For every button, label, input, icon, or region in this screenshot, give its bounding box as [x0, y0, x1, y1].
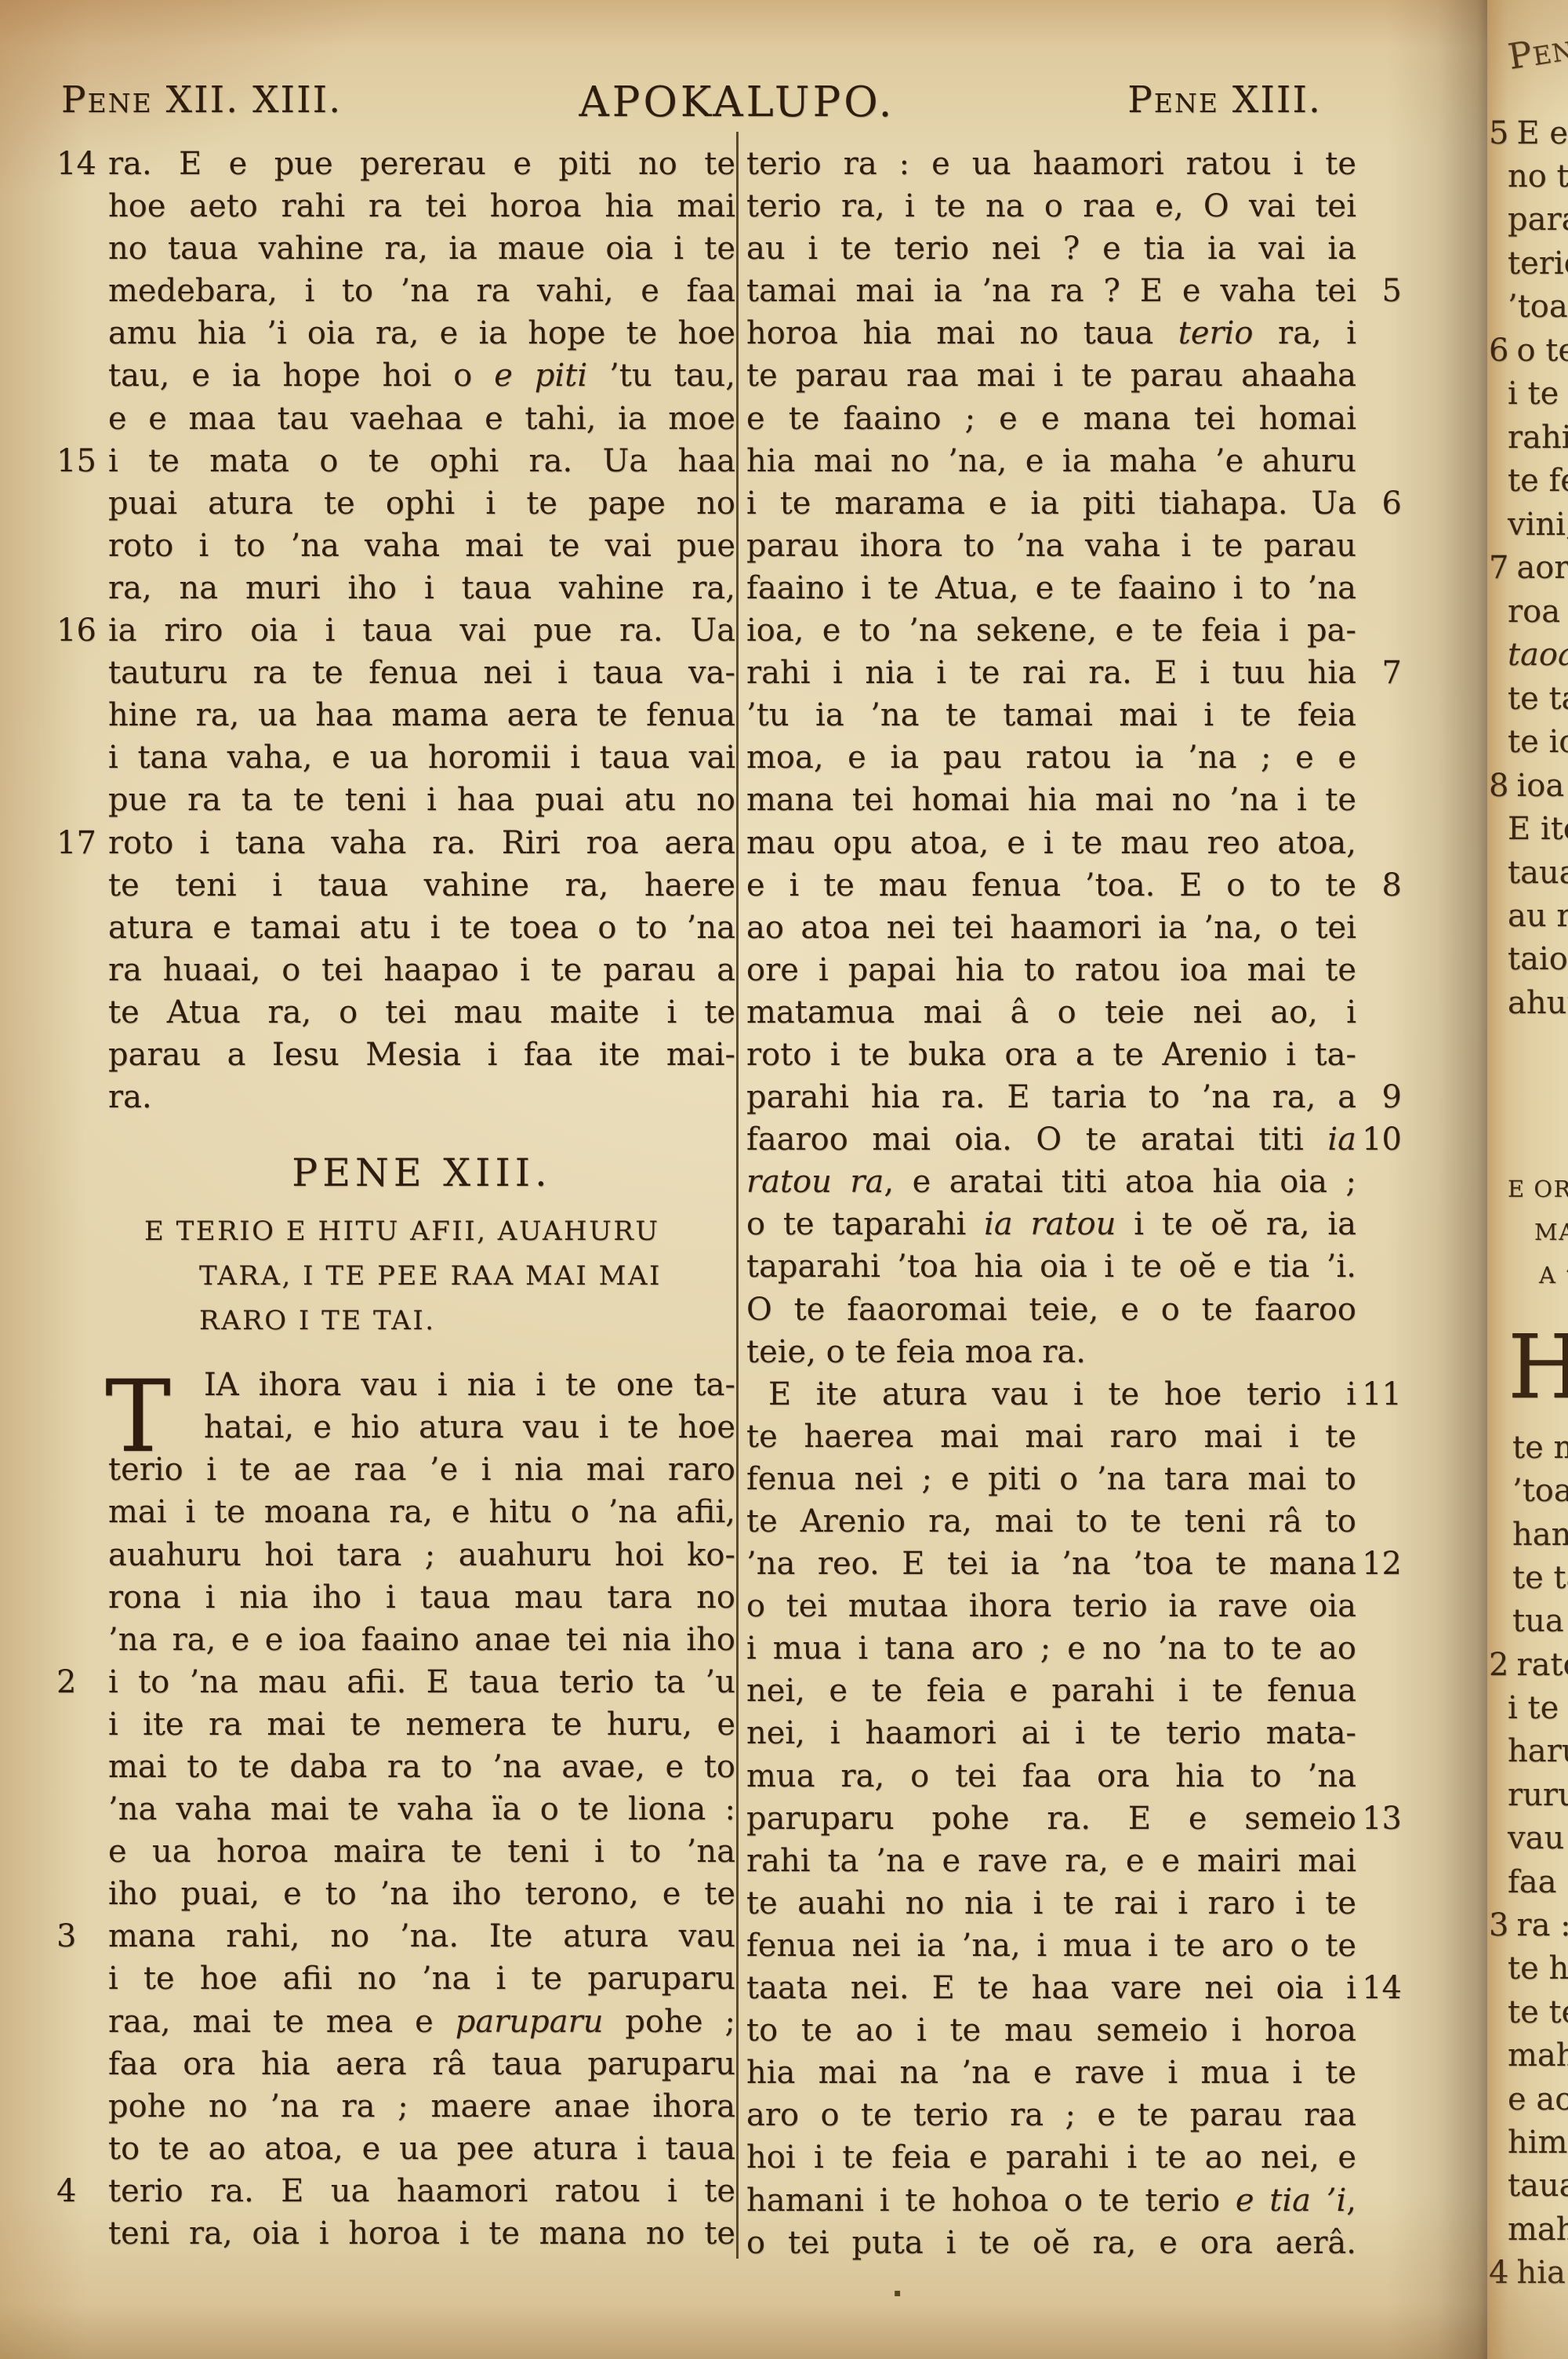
- text-line: i tana vaha, e ua horomii i taua vai: [108, 736, 735, 779]
- text-line: parau a Iesu Mesia i faa ite mai-: [108, 1034, 735, 1076]
- text-line: mana rahi, no ’na. Ite atura vau3: [108, 1915, 735, 1957]
- text-line: pue ra ta te teni i haa puai atu no: [108, 779, 735, 821]
- text-line: faaino i te Atua, e te faaino i to ’na: [746, 567, 1356, 609]
- text-line: tauturu ra te fenua nei i taua va-: [108, 652, 735, 694]
- next-page-text-fragment: i te t: [1508, 378, 1568, 409]
- text-line: te Atua ra, o tei mau maite i te: [108, 991, 735, 1034]
- text-line: ra, na muri iho i taua vahine ra,: [108, 567, 735, 609]
- text-line: roto i tana vaha ra. Riri roa aera17: [108, 822, 735, 864]
- chapter13-text: T IA ihora vau i nia i te one ta-hatai, …: [108, 1364, 735, 2255]
- verse-number: 15: [56, 440, 96, 482]
- next-page-sliver: Pene X5E eno taparaterio’toa6o tei te tr…: [1487, 0, 1568, 2359]
- text-line: ra.: [108, 1076, 735, 1118]
- text-line: hoe aeto rahi ra tei horoa hia mai: [108, 185, 735, 227]
- verse-number: 5: [1489, 115, 1508, 151]
- text-line: mua ra, o tei faa ora hia to ’na: [746, 1755, 1356, 1797]
- text-line: auahuru hoi tara ; auahuru hoi ko-: [108, 1534, 735, 1576]
- text-line: te parau raa mai i te parau ahaaha: [746, 354, 1356, 397]
- next-page-text-fragment: e aor: [1508, 2084, 1568, 2115]
- text-line: parahi hia ra. E taria to ’na ra, a9: [746, 1076, 1356, 1118]
- chapter-heading: PENE XIII.: [108, 1148, 735, 1198]
- text-line: rahi ta ’na e rave ra, e e mairi mai: [746, 1840, 1356, 1882]
- text-line: i te marama e ia piti tiahapa. Ua6: [746, 482, 1356, 525]
- text-line: puai atura te ophi i te pape no: [108, 482, 735, 525]
- verse-number: 14: [56, 143, 96, 185]
- next-page-text-fragment: harur: [1508, 1736, 1568, 1767]
- verse-number: 16: [56, 609, 96, 652]
- text-line: moa, e ia pau ratou ia ’na ; e e: [746, 736, 1356, 779]
- text-line: ore i papai hia to ratou ioa mai te: [746, 949, 1356, 991]
- text-line: medebara, i to ’na ra vahi, e faa: [108, 270, 735, 312]
- left-column: ra. E e pue pererau e piti no te14hoe ae…: [108, 143, 735, 2255]
- verse-number: 17: [56, 822, 96, 864]
- next-page-text-fragment: 3ra : E: [1489, 1910, 1568, 1941]
- text-line: atura e tamai atu i te toea o to ’na: [108, 907, 735, 949]
- text-line: faa ora hia aera râ taua paruparu: [108, 2043, 735, 2085]
- printers-mark: ▪: [894, 2287, 902, 2299]
- text-line: fenua nei ; e piti o ’na tara mai to: [746, 1458, 1356, 1500]
- text-line: O te faaoromai teie, e o te faaroo: [746, 1289, 1356, 1331]
- next-page-text-fragment: vau i: [1508, 1823, 1568, 1854]
- text-line: terio ra. E ua haamori ratou i te4: [108, 2170, 735, 2212]
- text-line: ’na reo. E tei ia ’na ’toa te mana12: [746, 1543, 1356, 1585]
- next-page-text-fragment: i te h: [1508, 1692, 1568, 1724]
- text-line: ratou ra, e aratai titi atoa hia oia ;: [746, 1161, 1356, 1203]
- next-page-text-fragment: tua i: [1512, 1605, 1568, 1637]
- verse-number: 7: [1489, 550, 1508, 586]
- text-line: taata nei. E te haa vare nei oia i14: [746, 1967, 1356, 2009]
- text-line: te haerea mai mai raro mai i te: [746, 1416, 1356, 1458]
- text-line: o tei puta i te oĕ ra, e ora aerâ.: [746, 2222, 1356, 2264]
- next-page-text-fragment: te hi: [1508, 1953, 1568, 1984]
- next-page-text-fragment: roa te: [1508, 596, 1568, 627]
- text-line: matamua mai â o teie nei ao, i: [746, 991, 1356, 1034]
- text-line: i te hoe afii no ’na i te paruparu: [108, 1957, 735, 2000]
- text-line: ’na ra, e e ioa faaino anae tei nia iho: [108, 1619, 735, 1661]
- text-line: roto i to ’na vaha mai te vai pue: [108, 525, 735, 567]
- next-page-text-fragment: te ioa: [1508, 726, 1568, 758]
- chapter12-text: ra. E e pue pererau e piti no te14hoe ae…: [108, 143, 735, 1118]
- next-page-text-fragment: 4hia r: [1489, 2257, 1568, 2288]
- text-line: hia mai no ’na, e ia maha ’e ahuru: [746, 440, 1356, 482]
- subtitle-line: RARO I TE TAI.: [108, 1299, 735, 1343]
- verse-number: 4: [1489, 2255, 1508, 2291]
- next-page-text-fragment: ’toa: [1508, 291, 1568, 322]
- next-page-text-fragment: ahuru: [1508, 987, 1568, 1019]
- next-page-text-fragment: vini,: [1508, 509, 1568, 540]
- text-line: hamani i te hohoa o te terio e tia ’i,: [746, 2179, 1356, 2222]
- chapter-subtitle: E TERIO E HITU AFII, AUAHURU TARA, I TE …: [108, 1209, 735, 1343]
- next-page-text-fragment: H: [1508, 1324, 1568, 1412]
- next-page-text-fragment: 7aore: [1489, 552, 1568, 583]
- text-line: roto i te buka ora a te Arenio i ta-: [746, 1034, 1356, 1076]
- text-line: te auahi no nia i te rai i raro i te: [746, 1882, 1356, 1925]
- text-line: no taua vahine ra, ia maue oia i te: [108, 227, 735, 270]
- next-page-text-fragment: taio: [1508, 943, 1568, 975]
- text-line: mai to te daba ra to ’na avae, e to: [108, 1746, 735, 1788]
- right-column-text: terio ra : e ua haamori ratou i teterio …: [746, 143, 1356, 2264]
- text-line: nei, i haamori ai i te terio mata-: [746, 1712, 1356, 1754]
- text-line: terio ra : e ua haamori ratou i te: [746, 143, 1356, 185]
- verse-number: 4: [56, 2170, 76, 2212]
- text-line: rahi i nia i te rai ra. E i tuu hia7: [746, 652, 1356, 694]
- right-column: terio ra : e ua haamori ratou i teterio …: [746, 143, 1356, 2264]
- text-line: te teni i taua vahine ra, haere: [108, 864, 735, 907]
- text-line: hatai, e hio atura vau i te hoe: [108, 1406, 735, 1448]
- next-page-text-fragment: ’toa: [1512, 1475, 1568, 1507]
- verse-number: 3: [56, 1915, 76, 1957]
- next-page-text-fragment: maha: [1508, 2040, 1568, 2071]
- page-gutter-shadow: [1386, 0, 1490, 2359]
- text-line: faaroo mai oia. O te aratai titi ia10: [746, 1118, 1356, 1161]
- text-line: iho puai, e to ’na iho terono, e te: [108, 1873, 735, 1915]
- next-page-text-fragment: 6o te: [1489, 335, 1568, 366]
- next-page-text-fragment: taua: [1508, 2170, 1568, 2201]
- text-line: ’na vaha mai te vaha ïa o te liona :: [108, 1788, 735, 1830]
- text-line: fenua nei ia ’na, i mua i te aro o te: [746, 1925, 1356, 1967]
- text-line: i ite ra mai te nemera te huru, e: [108, 1703, 735, 1746]
- next-page-text-fragment: hime: [1508, 2127, 1568, 2158]
- text-line: rona i nia iho i taua mau tara no: [108, 1576, 735, 1619]
- verse-number: 6: [1489, 333, 1508, 369]
- next-page-text-fragment: no ta: [1508, 161, 1568, 192]
- next-page-text-fragment: E OR: [1508, 1178, 1568, 1201]
- next-page-text-fragment: 5E e: [1489, 118, 1568, 149]
- next-page-text-fragment: 2ratou: [1489, 1649, 1568, 1681]
- text-line: au i te terio nei ? e tia ia vai ia: [746, 227, 1356, 270]
- next-page-text-fragment: te tau: [1512, 1562, 1568, 1594]
- text-line: teie, o te feia moa ra.: [746, 1331, 1356, 1373]
- verse-number: 2: [56, 1661, 76, 1703]
- text-line: ao atoa nei tei haamori ia ’na, o tei: [746, 907, 1356, 949]
- text-line: ra. E e pue pererau e piti no te14: [108, 143, 735, 185]
- text-line: mai i te moana ra, e hitu o ’na afii,: [108, 1491, 735, 1533]
- next-page-text-fragment: te fei: [1508, 465, 1568, 496]
- text-line: i te mata o te ophi ra. Ua haa15: [108, 440, 735, 482]
- text-line: horoa hia mai no taua terio ra, i: [746, 312, 1356, 354]
- next-page-text-fragment: te taa: [1508, 683, 1568, 714]
- running-head-title: APOKALUPO.: [579, 78, 895, 126]
- next-page-text-fragment: para: [1508, 204, 1568, 235]
- text-line: o tei mutaa ihora terio ia rave oia: [746, 1585, 1356, 1627]
- text-line: amu hia ’i oia ra, e ia hope te hoe: [108, 312, 735, 354]
- next-page-text-fragment: faa o: [1508, 1866, 1568, 1898]
- text-line: i to ’na mau afii. E taua terio ta ’u2: [108, 1661, 735, 1703]
- text-line: te Arenio ra, mai to te teni râ to: [746, 1500, 1356, 1543]
- next-page-text-fragment: A ’: [1539, 1264, 1568, 1287]
- text-line: ia riro oia i taua vai pue ra. Ua16: [108, 609, 735, 652]
- running-head: Pene XII. XIII. APOKALUPO. Pene XIII.: [0, 78, 1490, 125]
- text-line: IA ihora vau i nia i te one ta-: [108, 1364, 735, 1406]
- next-page-text-fragment: MA: [1534, 1221, 1568, 1244]
- text-line: paruparu pohe ra. E e semeio13: [746, 1797, 1356, 1840]
- text-line: aro o te terio ra ; e te parau raa: [746, 2094, 1356, 2136]
- text-line: tau, e ia hope hoi o e piti ’tu tau,: [108, 354, 735, 397]
- next-page-text-fragment: haner: [1512, 1519, 1568, 1550]
- book-page-scan: Pene XII. XIII. APOKALUPO. Pene XIII. ra…: [0, 0, 1568, 2359]
- text-line: nei, e te feia e parahi i te fenua: [746, 1670, 1356, 1712]
- next-page-text-fragment: 8ioa n: [1489, 770, 1568, 801]
- text-line: i mua i tana aro ; e no ’na to te ao: [746, 1627, 1356, 1670]
- next-page-text-fragment: rahi,: [1508, 422, 1568, 453]
- running-head-right: Pene XIII.: [1127, 78, 1322, 122]
- text-line: terio i te ae raa ’e i nia mai raro: [108, 1448, 735, 1491]
- subtitle-line: E TERIO E HITU AFII, AUAHURU: [108, 1209, 735, 1254]
- text-line: hoi i te feia e parahi i te ao nei, e: [746, 2136, 1356, 2179]
- text-line: e e maa tau vaehaa e tahi, ia moe: [108, 398, 735, 440]
- text-line: e i te mau fenua ’toa. E o to te8: [746, 864, 1356, 907]
- next-page-text-fragment: te m: [1512, 1432, 1568, 1463]
- text-line: E ite atura vau i te hoe terio i11: [746, 1373, 1356, 1416]
- next-page-text-fragment: au ra: [1508, 900, 1568, 932]
- text-line: mau opu atoa, e i te mau reo atoa,: [746, 822, 1356, 864]
- next-page-text-fragment: taua: [1508, 857, 1568, 889]
- text-line: ioa, e to ’na sekene, e te feia i pa-: [746, 609, 1356, 652]
- text-line: to te ao i te mau semeio i horoa: [746, 2009, 1356, 2052]
- verse-number: 2: [1489, 1647, 1508, 1683]
- verse-number: 8: [1489, 768, 1508, 804]
- text-line: to te ao atoa, e ua pee atura i taua: [108, 2128, 735, 2170]
- next-page-text-fragment: ruru: [1508, 1779, 1568, 1811]
- text-line: e ua horoa maira te teni i to ’na: [108, 1830, 735, 1873]
- text-line: o te taparahi ia ratou i te oĕ ra, ia: [746, 1203, 1356, 1245]
- text-line: tamai mai ia ’na ra ? E e vaha tei5: [746, 270, 1356, 312]
- text-line: e te faaino ; e e mana tei homai: [746, 398, 1356, 440]
- text-line: raa, mai te mea e paruparu pohe ;: [108, 2001, 735, 2043]
- text-line: taparahi ’toa hia oia i te oĕ e tia ’i.: [746, 1245, 1356, 1288]
- verse-number: 3: [1489, 1907, 1508, 1943]
- running-head-left: Pene XII. XIII.: [61, 78, 342, 122]
- text-line: hia mai na ’na e rave i mua i te: [746, 2052, 1356, 2094]
- next-page-text-fragment: terio: [1508, 248, 1568, 279]
- text-line: teni ra, oia i horoa i te mana no te: [108, 2212, 735, 2255]
- text-line: ’tu ia ’na te tamai mai i te feia: [746, 694, 1356, 736]
- text-line: parau ihora to ’na vaha i te parau: [746, 525, 1356, 567]
- next-page-text-fragment: taoa,: [1508, 639, 1568, 671]
- next-page-text-fragment: maha: [1508, 2214, 1568, 2245]
- next-page-text-fragment: te te: [1508, 1997, 1568, 2028]
- text-line: pohe no ’na ra ; maere anae ihora: [108, 2085, 735, 2128]
- next-page-header-fragment: Pene X: [1505, 20, 1568, 75]
- column-divider-rule: [736, 132, 739, 2259]
- text-line: hine ra, ua haa mama aera te fenua: [108, 694, 735, 736]
- text-line: ra huaai, o tei haapao i te parau a: [108, 949, 735, 991]
- next-page-text-fragment: E ite: [1508, 813, 1568, 845]
- text-line: terio ra, i te na o raa e, O vai tei: [746, 185, 1356, 227]
- subtitle-line: TARA, I TE PEE RAA MAI MAI: [108, 1254, 735, 1299]
- text-line: mana tei homai hia mai no ’na i te: [746, 779, 1356, 821]
